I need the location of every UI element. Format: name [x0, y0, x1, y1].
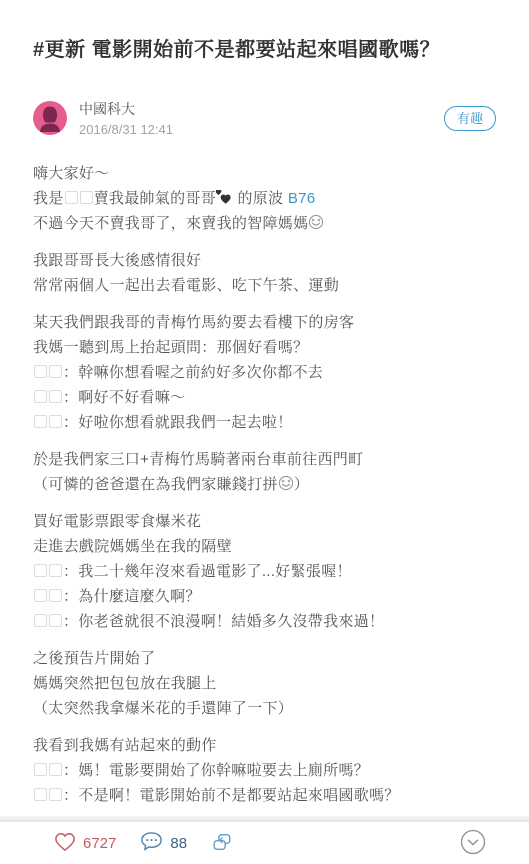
missing-glyph-box: [34, 763, 47, 776]
paragraph: 嗨大家好～我是賣我最帥氣的哥哥 的原波 B76不過今天不賣我哥了，來賣我的智障媽…: [33, 161, 496, 236]
post-line: （可憐的爸爸還在為我們家賺錢打拼）: [33, 472, 496, 497]
post-line: 我是賣我最帥氣的哥哥 的原波 B76: [33, 186, 496, 211]
author-row: 中國科大 2016/8/31 12:41 有趣: [33, 99, 496, 137]
text-segment: ：媽！電影要開始了你幹嘛啦要去上廁所嗎？: [63, 762, 369, 779]
floor-ref-link[interactable]: B76: [288, 190, 316, 207]
missing-glyph-box: [34, 390, 47, 403]
missing-glyph-box: [49, 763, 62, 776]
text-segment: 買好電影票跟零食爆米花: [33, 513, 201, 530]
two-hearts-icon: [216, 186, 233, 211]
comment-count: 88: [170, 835, 187, 852]
missing-glyph-box: [49, 589, 62, 602]
post-line: ：媽！電影要開始了你幹嘛啦要去上廁所嗎？: [33, 758, 496, 783]
missing-glyph-box: [34, 589, 47, 602]
post-line: 我跟哥哥長大後感情很好: [33, 248, 496, 273]
text-segment: 我媽一聽到馬上抬起頭問：那個好看嗎？: [33, 339, 308, 356]
post-line: 走進去戲院媽媽坐在我的隔壁: [33, 534, 496, 559]
text-segment: ）: [294, 476, 309, 493]
author-info: 中國科大 2016/8/31 12:41: [79, 99, 173, 137]
post-line: 於是我們家三口+青梅竹馬騎著兩台車前往西門町: [33, 447, 496, 472]
grinning-face-icon: [308, 211, 324, 236]
missing-glyph-box: [49, 788, 62, 801]
comment-bubble-icon: [140, 831, 163, 855]
text-segment: 常常兩個人一起出去看電影、吃下午茶、運動: [33, 277, 339, 294]
post-line: 常常兩個人一起出去看電影、吃下午茶、運動: [33, 273, 496, 298]
post-line: 嗨大家好～: [33, 161, 496, 186]
missing-glyph-box: [49, 415, 62, 428]
repost-icon: [211, 831, 233, 856]
heart-icon: [54, 832, 76, 855]
missing-glyph-box: [34, 614, 47, 627]
post-line: 媽媽突然把包包放在我腿上: [33, 671, 496, 696]
missing-glyph-box: [34, 365, 47, 378]
grinning-face-icon: [278, 472, 294, 497]
post-line: ：幹嘛你想看喔之前約好多次你都不去: [33, 360, 496, 385]
collapse-post-button[interactable]: [460, 829, 486, 858]
post-line: ：為什麼這麼久啊？: [33, 584, 496, 609]
topic-badge[interactable]: 有趣: [444, 106, 496, 131]
missing-glyph-box: [34, 788, 47, 801]
post-title: #更新 電影開始前不是都要站起來唱國歌嗎？: [33, 36, 496, 65]
missing-glyph-box: [49, 564, 62, 577]
paragraph: 我跟哥哥長大後感情很好常常兩個人一起出去看電影、吃下午茶、運動: [33, 248, 496, 298]
text-segment: ：啊好不好看嘛～: [63, 389, 185, 406]
post-line: ：我二十幾年沒來看過電影了...好緊張喔！: [33, 559, 496, 584]
bottom-action-bar: 6727 88: [0, 822, 529, 864]
text-segment: ：幹嘛你想看喔之前約好多次你都不去: [63, 364, 323, 381]
like-button[interactable]: 6727: [54, 832, 116, 855]
paragraph: 之後預告片開始了媽媽突然把包包放在我腿上（太突然我拿爆米花的手還陣了一下）: [33, 646, 496, 721]
avatar: [33, 101, 67, 135]
text-segment: （太突然我拿爆米花的手還陣了一下）: [33, 700, 293, 717]
post-line: 之後預告片開始了: [33, 646, 496, 671]
chevron-down-circle-icon: [460, 829, 486, 858]
post-line: （太突然我拿爆米花的手還陣了一下）: [33, 696, 496, 721]
text-segment: （可憐的爸爸還在為我們家賺錢打拼: [33, 476, 278, 493]
text-segment: 我是: [33, 190, 64, 207]
post-line: ：不是啊！電影開始前不是都要站起來唱國歌嗎？: [33, 783, 496, 808]
text-segment: 走進去戲院媽媽坐在我的隔壁: [33, 538, 232, 555]
paragraph: 我看到我媽有站起來的動作：媽！電影要開始了你幹嘛啦要去上廁所嗎？：不是啊！電影開…: [33, 733, 496, 808]
paragraph: 買好電影票跟零食爆米花走進去戲院媽媽坐在我的隔壁：我二十幾年沒來看過電影了...…: [33, 509, 496, 634]
author-name: 中國科大: [79, 99, 173, 119]
text-segment: ：不是啊！電影開始前不是都要站起來唱國歌嗎？: [63, 787, 400, 804]
text-segment: 之後預告片開始了: [33, 650, 155, 667]
text-segment: ：你老爸就很不浪漫啊！結婚多久沒帶我來過！: [63, 613, 384, 630]
post-line: 某天我們跟我哥的青梅竹馬約要去看樓下的房客: [33, 310, 496, 335]
post-line: 我看到我媽有站起來的動作: [33, 733, 496, 758]
missing-glyph-box: [49, 614, 62, 627]
text-segment: ：為什麼這麼久啊？: [63, 588, 201, 605]
text-segment: 我看到我媽有站起來的動作: [33, 737, 217, 754]
text-segment: 嗨大家好～: [33, 165, 110, 182]
post-line: ：你老爸就很不浪漫啊！結婚多久沒帶我來過！: [33, 609, 496, 634]
post-line: 不過今天不賣我哥了，來賣我的智障媽媽: [33, 211, 496, 236]
post-card: #更新 電影開始前不是都要站起來唱國歌嗎？ 中國科大 2016/8/31 12:…: [0, 0, 529, 816]
missing-glyph-box: [49, 390, 62, 403]
missing-glyph-box: [49, 365, 62, 378]
text-segment: ：好啦你想看就跟我們一起去啦！: [63, 414, 293, 431]
text-segment: 的原波: [233, 190, 288, 207]
missing-glyph-box: [80, 191, 93, 204]
text-segment: 我跟哥哥長大後感情很好: [33, 252, 201, 269]
missing-glyph-box: [34, 564, 47, 577]
post-timestamp: 2016/8/31 12:41: [79, 122, 173, 137]
like-count: 6727: [83, 835, 116, 852]
comment-button[interactable]: 88: [140, 831, 187, 855]
missing-glyph-box: [65, 191, 78, 204]
post-line: ：好啦你想看就跟我們一起去啦！: [33, 410, 496, 435]
post-line: 買好電影票跟零食爆米花: [33, 509, 496, 534]
missing-glyph-box: [34, 415, 47, 428]
post-body: 嗨大家好～我是賣我最帥氣的哥哥 的原波 B76不過今天不賣我哥了，來賣我的智障媽…: [33, 161, 496, 808]
text-segment: 於是我們家三口+青梅竹馬騎著兩台車前往西門町: [33, 451, 363, 468]
paragraph: 於是我們家三口+青梅竹馬騎著兩台車前往西門町（可憐的爸爸還在為我們家賺錢打拼）: [33, 447, 496, 497]
post-line: ：啊好不好看嘛～: [33, 385, 496, 410]
text-segment: 媽媽突然把包包放在我腿上: [33, 675, 217, 692]
text-segment: 某天我們跟我哥的青梅竹馬約要去看樓下的房客: [33, 314, 354, 331]
text-segment: ：我二十幾年沒來看過電影了...好緊張喔！: [63, 563, 352, 580]
post-line: 我媽一聽到馬上抬起頭問：那個好看嗎？: [33, 335, 496, 360]
text-segment: 不過今天不賣我哥了，來賣我的智障媽媽: [33, 215, 308, 232]
text-segment: 賣我最帥氣的哥哥: [94, 190, 216, 207]
paragraph: 某天我們跟我哥的青梅竹馬約要去看樓下的房客我媽一聽到馬上抬起頭問：那個好看嗎？：…: [33, 310, 496, 435]
share-button[interactable]: [211, 831, 233, 856]
